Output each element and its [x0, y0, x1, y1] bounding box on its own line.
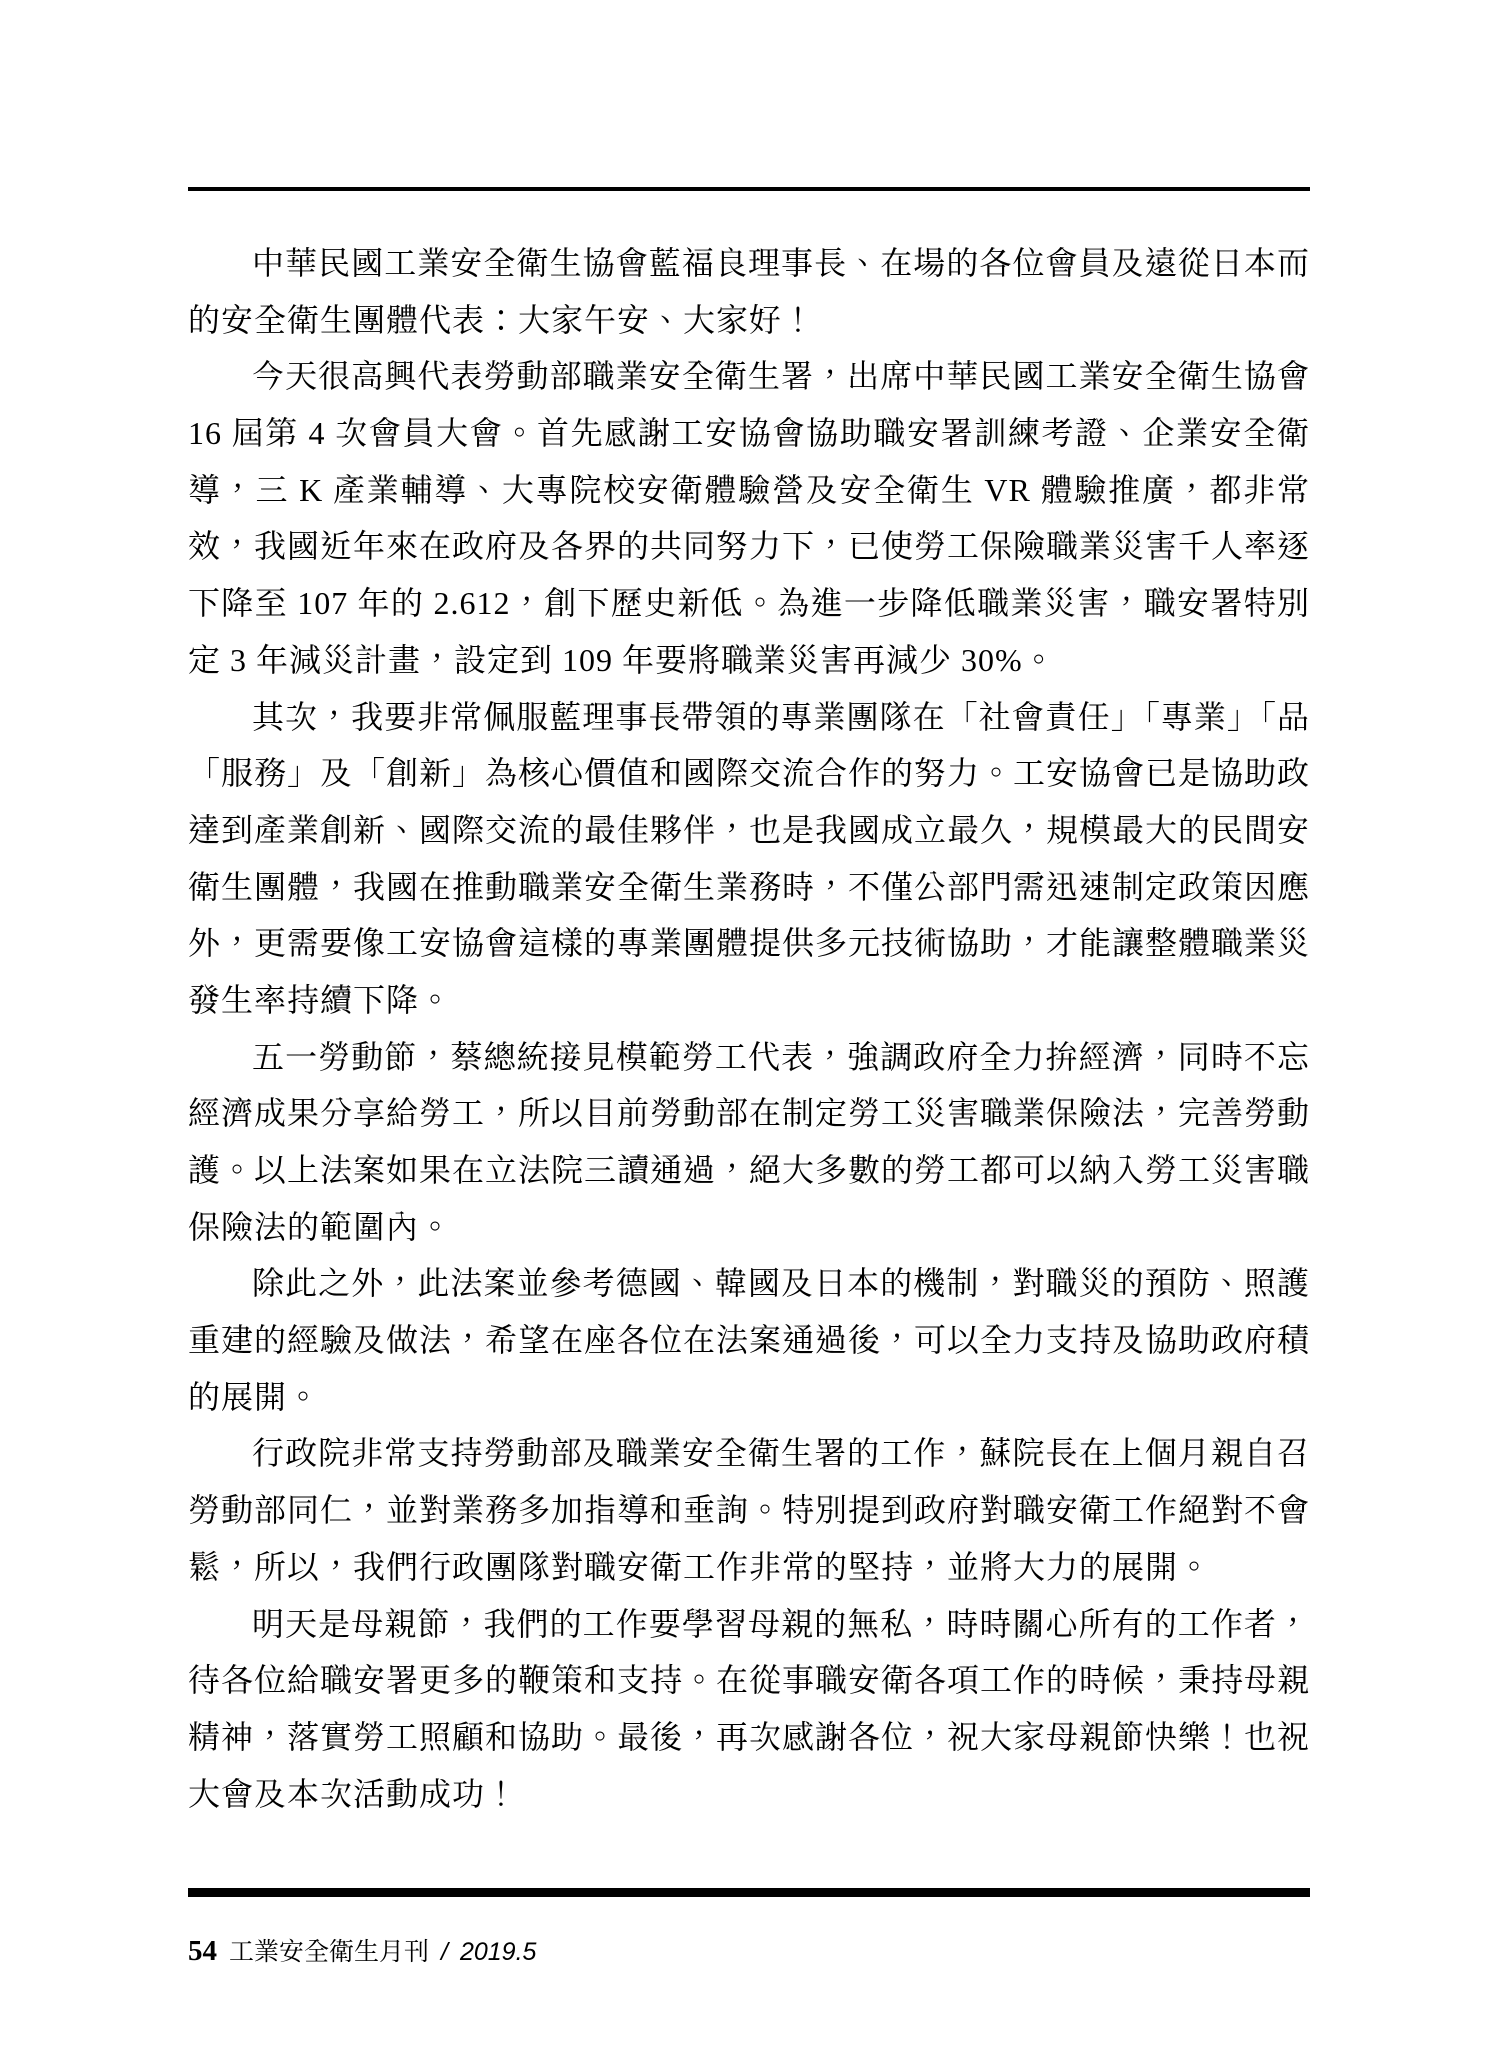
header-rule — [188, 187, 1310, 191]
footer-rule — [188, 1888, 1310, 1897]
text-line: 其次，我要非常佩服藍理事長帶領的專業團隊在「社會責任」「專業」「品質」 — [188, 689, 1310, 746]
text-line: 今天很高興代表勞動部職業安全衛生署，出席中華民國工業安全衛生協會第 — [188, 348, 1310, 405]
page-number: 54 — [188, 1935, 217, 1968]
text-line: 發生率持續下降。 — [188, 972, 1310, 1029]
text-line: 衛生團體，我國在推動職業安全衛生業務時，不僅公部門需迅速制定政策因應之 — [188, 859, 1310, 916]
paragraph-association: 其次，我要非常佩服藍理事長帶領的專業團隊在「社會責任」「專業」「品質」 「服務」… — [188, 689, 1310, 1029]
speech-body: 中華民國工業安全衛生協會藍福良理事長、在場的各位會員及遠從日本而來 的安全衛生團… — [188, 235, 1310, 1822]
footer-separator: / — [441, 1938, 448, 1967]
journal-title: 工業安全衛生月刊 — [229, 1932, 429, 1968]
paragraph-executive-yuan: 行政院非常支持勞動部及職業安全衛生署的工作，蘇院長在上個月親自召見 勞動部同仁，… — [188, 1425, 1310, 1595]
text-line: 效，我國近年來在政府及各界的共同努力下，已使勞工保險職業災害千人率逐年 — [188, 518, 1310, 575]
text-line: 鬆，所以，我們行政團隊對職安衛工作非常的堅持，並將大力的展開。 — [188, 1539, 1310, 1596]
text-line: 五一勞動節，蔡總統接見模範勞工代表，強調政府全力拚經濟，同時不忘將 — [188, 1029, 1310, 1086]
text-line: 待各位給職安署更多的鞭策和支持。在從事職安衛各項工作的時候，秉持母親的 — [188, 1652, 1310, 1709]
text-line: 除此之外，此法案並參考德國、韓國及日本的機制，對職災的預防、照護及 — [188, 1255, 1310, 1312]
text-line: 保險法的範圍內。 — [188, 1199, 1310, 1256]
text-line: 外，更需要像工安協會這樣的專業團體提供多元技術協助，才能讓整體職業災害 — [188, 915, 1310, 972]
text-line: 精神，落實勞工照顧和協助。最後，再次感謝各位，祝大家母親節快樂！也祝福 — [188, 1709, 1310, 1766]
document-page: 中華民國工業安全衛生協會藍福良理事長、在場的各位會員及遠從日本而來 的安全衛生團… — [0, 0, 1498, 2048]
text-line: 定 3 年減災計畫，設定到 109 年要將職業災害再減少 30%。 — [188, 632, 1310, 689]
text-line: 16 屆第 4 次會員大會。首先感謝工安協會協助職安署訓練考證、企業安全衛生輔 — [188, 405, 1310, 462]
text-line: 的展開。 — [188, 1369, 1310, 1426]
text-line: 達到產業創新、國際交流的最佳夥伴，也是我國成立最久，規模最大的民間安全 — [188, 802, 1310, 859]
text-line: 經濟成果分享給勞工，所以目前勞動部在制定勞工災害職業保險法，完善勞動保 — [188, 1085, 1310, 1142]
paragraph-labor-day: 五一勞動節，蔡總統接見模範勞工代表，強調政府全力拚經濟，同時不忘將 經濟成果分享… — [188, 1029, 1310, 1256]
text-line: 導，三 K 產業輔導、大專院校安衛體驗營及安全衛生 VR 體驗推廣，都非常有績 — [188, 462, 1310, 519]
text-line: 行政院非常支持勞動部及職業安全衛生署的工作，蘇院長在上個月親自召見 — [188, 1425, 1310, 1482]
text-line: 勞動部同仁，並對業務多加指導和垂詢。特別提到政府對職安衛工作絕對不會放 — [188, 1482, 1310, 1539]
paragraph-foreign-reference: 除此之外，此法案並參考德國、韓國及日本的機制，對職災的預防、照護及 重建的經驗及… — [188, 1255, 1310, 1425]
text-line: 「服務」及「創新」為核心價值和國際交流合作的努力。工安協會已是協助政府 — [188, 745, 1310, 802]
text-line: 大會及本次活動成功！ — [188, 1766, 1310, 1823]
paragraph-mothers-day: 明天是母親節，我們的工作要學習母親的無私，時時關心所有的工作者，期 待各位給職安… — [188, 1596, 1310, 1823]
text-line: 下降至 107 年的 2.612，創下歷史新低。為進一步降低職業災害，職安署特別… — [188, 575, 1310, 632]
text-line: 護。以上法案如果在立法院三讀通過，絕大多數的勞工都可以納入勞工災害職業 — [188, 1142, 1310, 1199]
text-line: 明天是母親節，我們的工作要學習母親的無私，時時關心所有的工作者，期 — [188, 1596, 1310, 1653]
page-footer: 54 工業安全衛生月刊 / 2019.5 — [188, 1932, 1310, 1968]
text-line: 中華民國工業安全衛生協會藍福良理事長、在場的各位會員及遠從日本而來 — [188, 235, 1310, 292]
paragraph-greeting: 中華民國工業安全衛生協會藍福良理事長、在場的各位會員及遠從日本而來 的安全衛生團… — [188, 235, 1310, 348]
issue-date: 2019.5 — [460, 1938, 536, 1967]
text-line: 重建的經驗及做法，希望在座各位在法案通過後，可以全力支持及協助政府積極 — [188, 1312, 1310, 1369]
paragraph-opening: 今天很高興代表勞動部職業安全衛生署，出席中華民國工業安全衛生協會第 16 屆第 … — [188, 348, 1310, 688]
text-line: 的安全衛生團體代表：大家午安、大家好！ — [188, 292, 1310, 349]
